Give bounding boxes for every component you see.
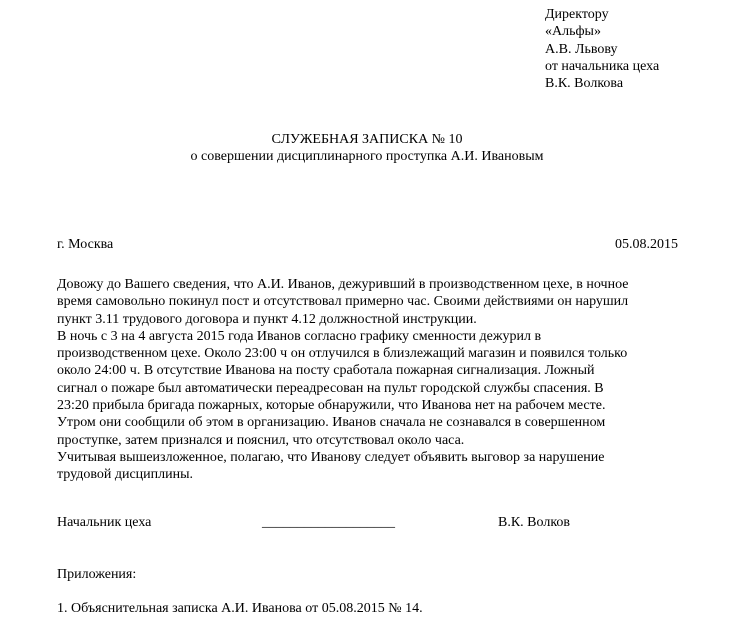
signature-row: Начальник цеха ___________________ В.К. … [0, 514, 750, 534]
document-subtitle: о совершении дисциплинарного проступка А… [57, 148, 677, 165]
place-date-row: г. Москва 05.08.2015 [57, 236, 678, 253]
document-title-block: СЛУЖЕБНАЯ ЗАПИСКА № 10 о совершении дисц… [57, 131, 677, 166]
signer-position: Начальник цеха [57, 514, 151, 531]
place-label: г. Москва [57, 236, 113, 253]
addressee-block: Директору «Альфы» А.В. Львову от начальн… [545, 6, 659, 92]
signature-line: ___________________ [262, 514, 395, 531]
attachments-label: Приложения: [57, 566, 136, 583]
memo-body-text: Довожу до Вашего сведения, что А.И. Иван… [57, 276, 747, 484]
memo-document: Директору «Альфы» А.В. Львову от начальн… [0, 0, 750, 633]
attachments-list: 1. Объяснительная записка А.И. Иванова о… [57, 600, 747, 617]
signer-name: В.К. Волков [498, 514, 570, 531]
document-title: СЛУЖЕБНАЯ ЗАПИСКА № 10 [57, 131, 677, 148]
date-label: 05.08.2015 [615, 236, 678, 253]
